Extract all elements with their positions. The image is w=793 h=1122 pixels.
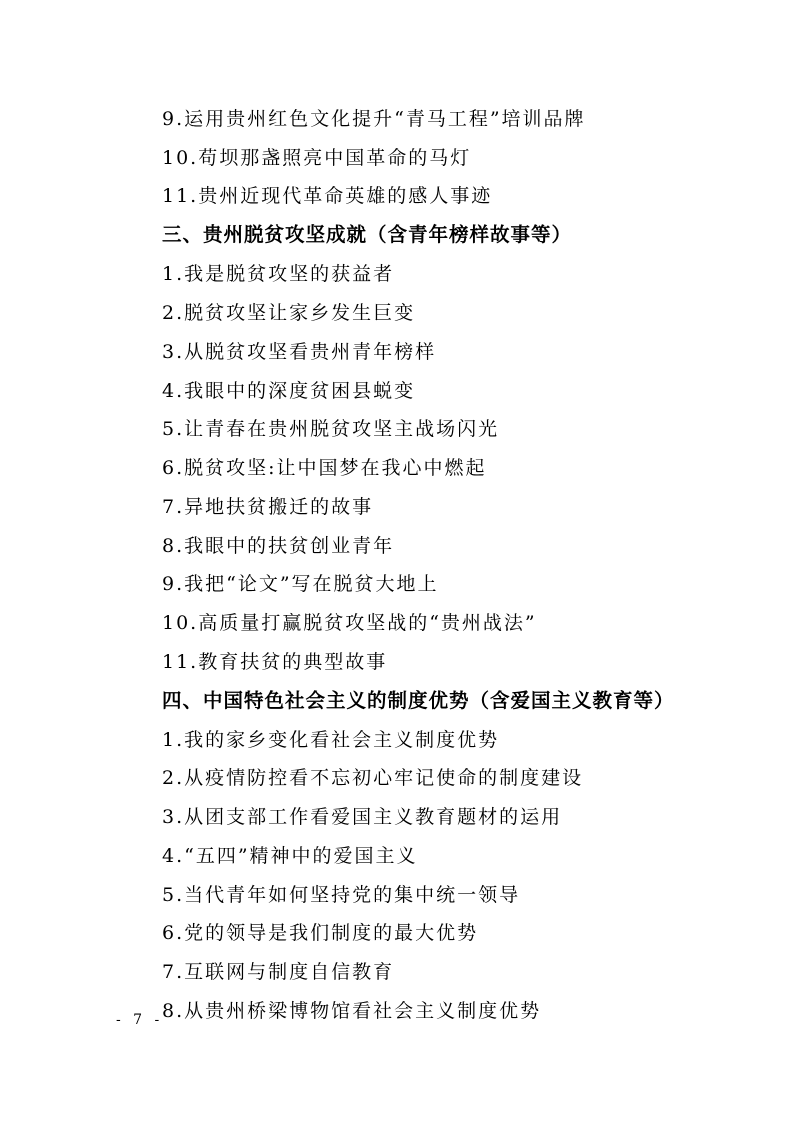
list-item: 9.我把“论文”写在脱贫大地上 — [162, 572, 439, 596]
list-item: 5.让青春在贵州脱贫攻坚主战场闪光 — [162, 417, 499, 441]
section-heading: 三、贵州脱贫攻坚成就（含青年榜样故事等） — [162, 223, 572, 247]
page-number: - 7 - — [116, 1012, 163, 1028]
list-item: 4.我眼中的深度贫困县蜕变 — [162, 379, 415, 403]
list-item: 1.我是脱贫攻坚的获益者 — [162, 262, 394, 286]
list-item: 10.高质量打赢脱贫攻坚战的“贵州战法” — [162, 611, 537, 635]
list-item: 9.运用贵州红色文化提升“青马工程”培训品牌 — [162, 107, 586, 131]
list-item: 2.脱贫攻坚让家乡发生巨变 — [162, 301, 415, 325]
list-item: 3.从脱贫攻坚看贵州青年榜样 — [162, 340, 436, 364]
list-item: 11.教育扶贫的典型故事 — [162, 650, 387, 674]
list-item: 6.党的领导是我们制度的最大优势 — [162, 921, 478, 945]
list-item: 4.“五四”精神中的爱国主义 — [162, 844, 418, 868]
list-item: 10.苟坝那盏照亮中国革命的马灯 — [162, 146, 471, 170]
list-item: 8.我眼中的扶贫创业青年 — [162, 534, 394, 558]
list-item: 2.从疫情防控看不忘初心牢记使命的制度建设 — [162, 766, 583, 790]
list-item: 11.贵州近现代革命英雄的感人事迹 — [162, 184, 492, 208]
list-item: 7.异地扶贫搬迁的故事 — [162, 495, 373, 519]
list-item: 3.从团支部工作看爱国主义教育题材的运用 — [162, 805, 562, 829]
list-item: 5.当代青年如何坚持党的集中统一领导 — [162, 883, 520, 907]
section-heading: 四、中国特色社会主义的制度优势（含爱国主义教育等） — [162, 689, 675, 713]
list-item: 7.互联网与制度自信教育 — [162, 960, 394, 984]
list-item: 8.从贵州桥梁博物馆看社会主义制度优势 — [162, 999, 541, 1023]
list-item: 6.脱贫攻坚:让中国梦在我心中燃起 — [162, 456, 487, 480]
list-item: 1.我的家乡变化看社会主义制度优势 — [162, 728, 499, 752]
